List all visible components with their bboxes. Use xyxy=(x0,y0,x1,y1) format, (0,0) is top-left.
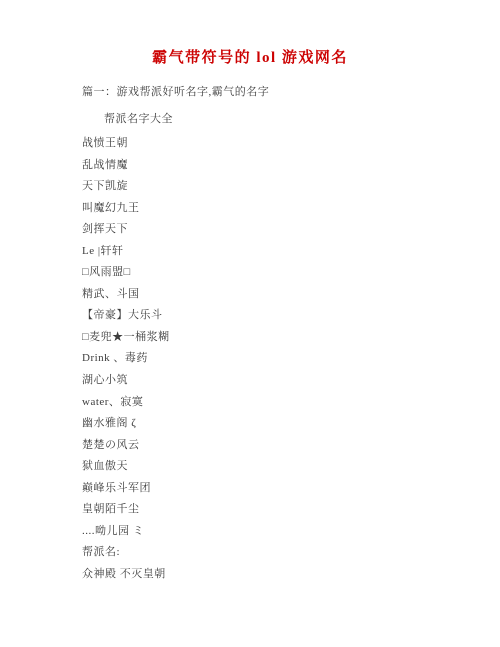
section-heading: 帮派名字大全 xyxy=(104,110,418,126)
game-name-item: 【帝豪】大乐斗 xyxy=(82,305,418,327)
game-name-item: 楚楚の风云 xyxy=(82,435,418,457)
game-name-item: Drink 、毒药 xyxy=(82,348,418,370)
game-name-item: 皇朝陌千尘 xyxy=(82,499,418,521)
document-page: 霸气带符号的 lol 游戏网名 篇一：游戏帮派好听名字,霸气的名字 帮派名字大全… xyxy=(0,0,500,647)
game-name-item: 狱血傲天 xyxy=(82,456,418,478)
game-name-item: 帮派名: xyxy=(82,542,418,564)
game-name-item: water、寂寞 xyxy=(82,392,418,414)
game-name-item: 天下凯旋 xyxy=(82,176,418,198)
game-name-item: 剑挥天下 xyxy=(82,219,418,241)
game-name-item: ....呦儿园 ミ xyxy=(82,521,418,543)
game-name-list: 战愤王朝乱战情魔天下凯旋叫魔幻九王剑挥天下Le |轩轩□风雨盟□精武、斗国【帝豪… xyxy=(82,133,418,585)
game-name-item: 叫魔幻九王 xyxy=(82,198,418,220)
game-name-item: 精武、斗国 xyxy=(82,284,418,306)
game-name-item: □麦兜★一桶浆糊 xyxy=(82,327,418,349)
game-name-item: 巅峰乐斗军团 xyxy=(82,478,418,500)
game-name-item: □风雨盟□ xyxy=(82,262,418,284)
game-name-item: 战愤王朝 xyxy=(82,133,418,155)
document-subtitle: 篇一：游戏帮派好听名字,霸气的名字 xyxy=(82,83,418,99)
game-name-item: 众神殿 不灭皇朝 xyxy=(82,564,418,586)
game-name-item: Le |轩轩 xyxy=(82,241,418,263)
game-name-item: 湖心小筑 xyxy=(82,370,418,392)
page-title: 霸气带符号的 lol 游戏网名 xyxy=(0,46,500,67)
game-name-item: 乱战情魔 xyxy=(82,155,418,177)
game-name-item: 幽水雅阁 ζ xyxy=(82,413,418,435)
